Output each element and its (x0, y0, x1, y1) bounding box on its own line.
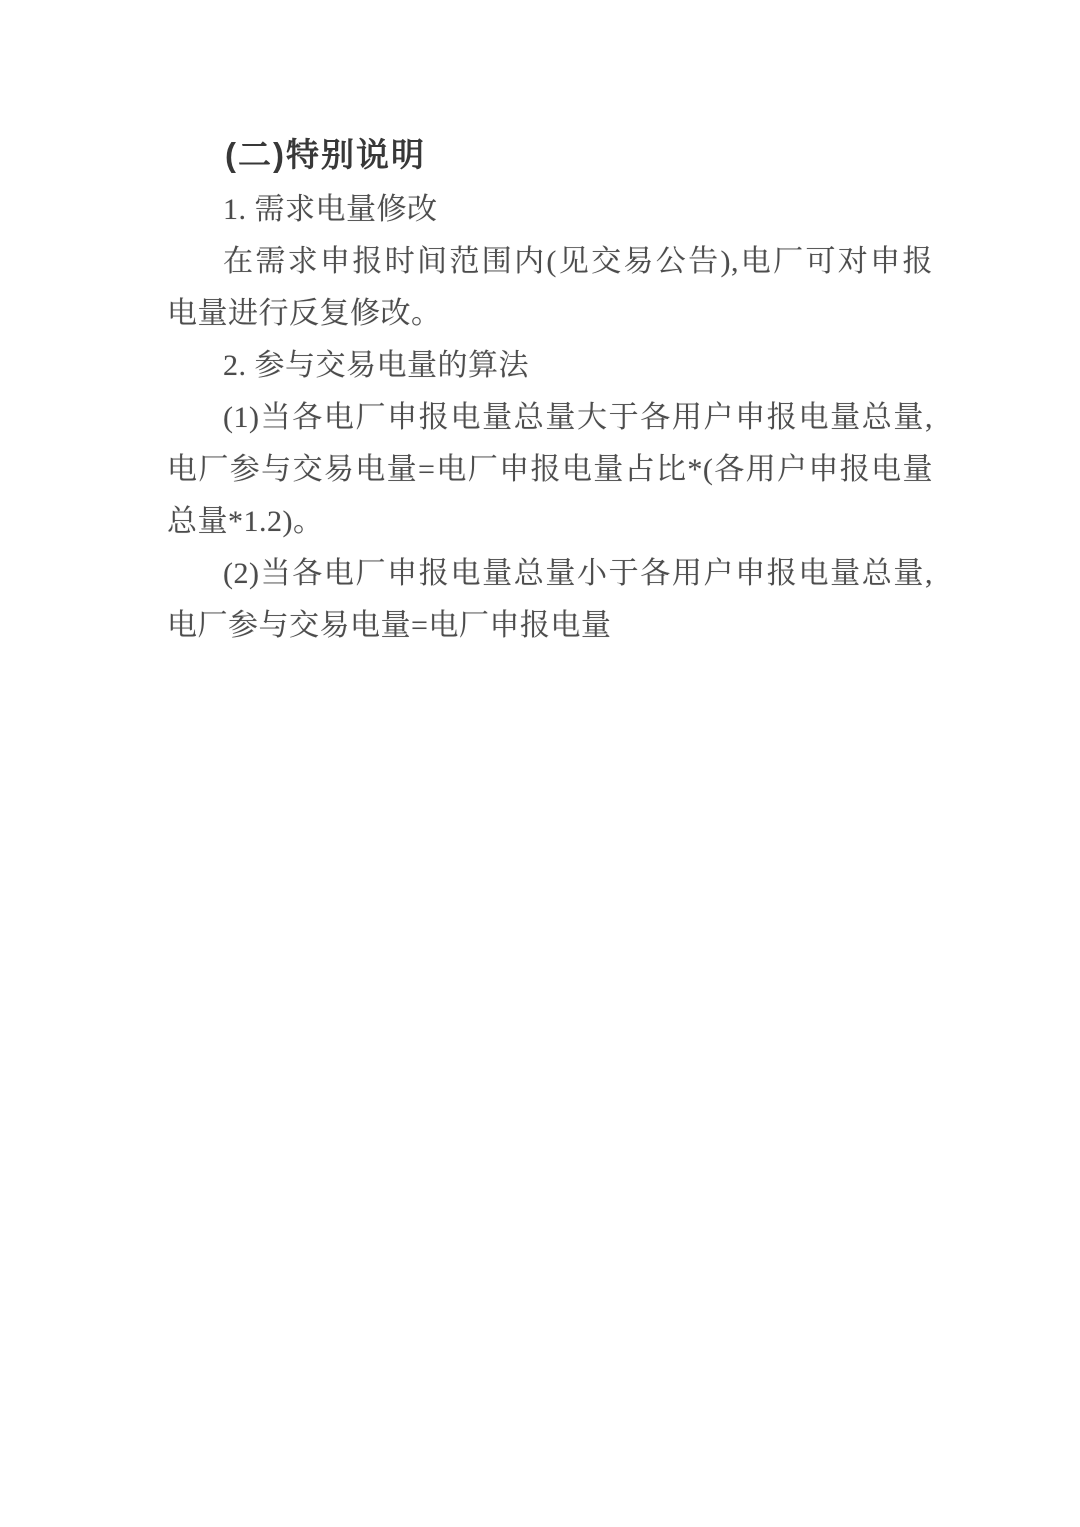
paragraph-1-line-2: 电量进行反复修改。 (167, 288, 933, 340)
paragraph-3-line-2: 电厂参与交易电量=电厂申报电量 (167, 600, 933, 652)
paragraph-2-line-3: 总量*1.2)。 (167, 496, 933, 548)
section-heading: (二)特别说明 (167, 126, 933, 184)
document-page: (二)特别说明 1. 需求电量修改 在需求申报时间范围内(见交易公告),电厂可对… (0, 0, 1080, 1527)
paragraph-1-line-1: 在需求申报时间范围内(见交易公告),电厂可对申报 (167, 236, 933, 288)
document-content: (二)特别说明 1. 需求电量修改 在需求申报时间范围内(见交易公告),电厂可对… (167, 126, 933, 652)
paragraph-2-line-2: 电厂参与交易电量=电厂申报电量占比*(各用户申报电量 (167, 444, 933, 496)
paragraph-3-line-1: (2)当各电厂申报电量总量小于各用户申报电量总量, (167, 548, 933, 600)
list-item-1: 1. 需求电量修改 (167, 184, 933, 236)
list-item-2: 2. 参与交易电量的算法 (167, 340, 933, 392)
paragraph-2-line-1: (1)当各电厂申报电量总量大于各用户申报电量总量, (167, 392, 933, 444)
